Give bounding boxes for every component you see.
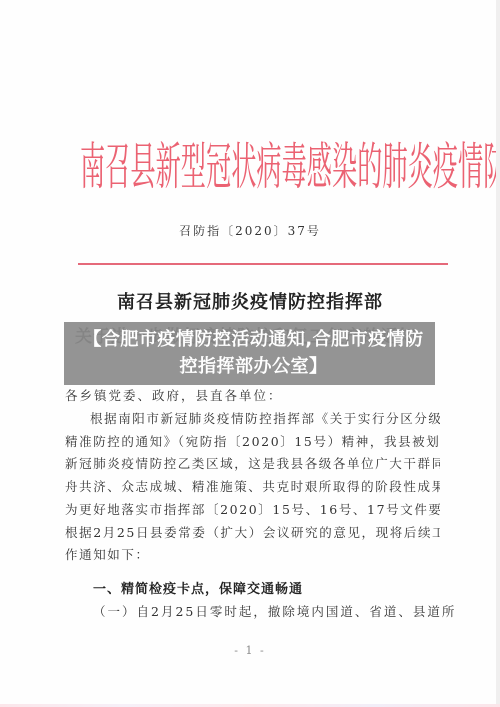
body-line: 作通知如下： bbox=[65, 544, 440, 567]
red-letterhead-text: 南召县新型冠状病毒感染的肺炎疫情防控指挥部文件 bbox=[80, 125, 500, 212]
salutation: 各乡镇党委、政府，县直各单位： bbox=[65, 386, 283, 404]
section-heading: 一、精简检疫卡点，保障交通畅通 bbox=[93, 578, 303, 597]
red-divider-line bbox=[78, 263, 448, 265]
body-line: 舟共济、众志成城、精准施策、共克时艰所取得的阶段性成果。 bbox=[65, 476, 440, 499]
page-number: - 1 - bbox=[0, 644, 500, 657]
sub-item-text: （一）自2月25日零时起，撤除境内国道、省道、县道所 bbox=[93, 602, 456, 620]
body-line: 新冠肺炎疫情防控乙类区域，这是我县各级各单位广大干群同 bbox=[65, 453, 440, 476]
page-edge bbox=[496, 0, 500, 707]
body-line: 为更好地落实市指挥部〔2020〕15号、16号、17号文件要求， bbox=[65, 499, 440, 522]
document-number: 召防指〔2020〕37号 bbox=[0, 222, 500, 239]
body-line: 精准防控的通知》（宛防指〔2020〕15号）精神，我县被划为 bbox=[65, 431, 440, 454]
body-line: 根据南阳市新冠肺炎疫情防控指挥部《关于实行分区分级 bbox=[65, 408, 440, 431]
issuer-title: 南召县新冠肺炎疫情防控指挥部 bbox=[0, 288, 500, 314]
red-letterhead: 南召县新型冠状病毒感染的肺炎疫情防控指挥部文件 bbox=[80, 125, 455, 212]
body-paragraph: 根据南阳市新冠肺炎疫情防控指挥部《关于实行分区分级 精准防控的通知》（宛防指〔2… bbox=[65, 408, 440, 567]
document-page: 南召县新型冠状病毒感染的肺炎疫情防控指挥部文件 召防指〔2020〕37号 南召县… bbox=[0, 0, 496, 707]
body-line: 根据2月25日县委常委（扩大）会议研究的意见，现将后续工 bbox=[65, 522, 440, 545]
overlay-title-banner: 【合肥市疫情防控活动通知,合肥市疫情防控指挥部办公室】 bbox=[64, 322, 435, 385]
